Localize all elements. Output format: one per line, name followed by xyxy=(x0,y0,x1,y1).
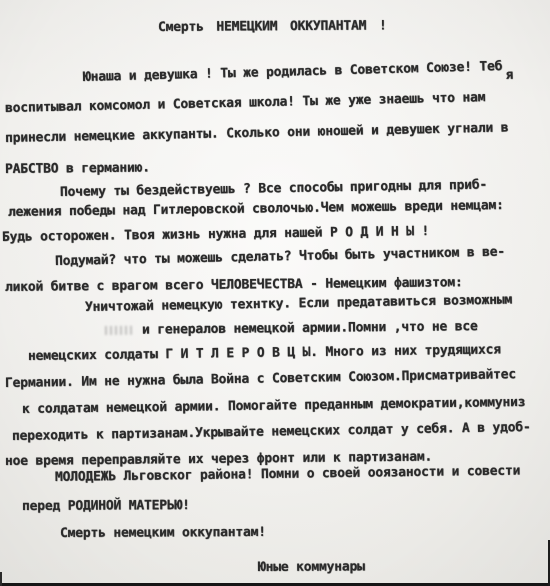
text-line: перед РОДИНОЙ МАТЕРЬЮ! xyxy=(22,498,190,514)
scanned-leaflet-page: Смерть НЕМЕЦКИМ ОККУПАНТАМ ! Юнаша и дев… xyxy=(0,0,550,586)
scan-edge-left xyxy=(0,572,2,586)
text-line: ликой битве с врагом всего ЧЕЛОВЕЧЕСТВА … xyxy=(5,275,463,295)
text-line: Будь осторожен. Твоя жизнь нужна для наш… xyxy=(2,224,429,245)
text-line: воспитывал комсомол и Советская школа! Т… xyxy=(5,90,486,116)
text-line: Смерть немецким оккупантам! xyxy=(60,525,266,541)
text-line: переходить к партизанам.Укрывайте немецс… xyxy=(12,420,531,444)
signature-line: Юные коммунары xyxy=(258,559,365,575)
text-line: к солдатам немецкой армии. Помогайте пре… xyxy=(22,395,526,417)
text-line: Подумай? что ты можешь сделать? Чтобы бы… xyxy=(55,245,505,269)
text-line-body: Юнаша и девушка ! Ты же родилась в Совет… xyxy=(83,59,503,85)
dropped-character: я xyxy=(505,68,513,83)
text-line: РАБСТВО в германию. xyxy=(5,160,150,177)
faded-ink-smudge xyxy=(105,326,135,335)
text-line-body: и генералов немецкой армии.Помни ,что не… xyxy=(142,319,478,338)
text-line: немецских солдаты Г И Т Л Е Р О В Ц Ы. М… xyxy=(28,342,501,364)
text-line: Уничтожай немецкую технтку. Если предата… xyxy=(85,293,512,315)
document-title: Смерть НЕМЕЦКИМ ОККУПАНТАМ ! xyxy=(158,18,387,35)
text-line: Германии. Им не нужна была Война с Совет… xyxy=(5,367,516,391)
text-line: Почему ты бездействуешь ? Все способы пр… xyxy=(60,178,487,200)
text-line: лежения победы над Гитлеровской сволочью… xyxy=(8,198,504,220)
text-line: Юнаша и девушка ! Ты же родилась в Совет… xyxy=(83,59,513,85)
text-line: принесли немецкие аккупанты. Сколько они… xyxy=(5,120,509,146)
text-line: и генералов немецкой армии.Помни ,что не… xyxy=(105,319,478,338)
